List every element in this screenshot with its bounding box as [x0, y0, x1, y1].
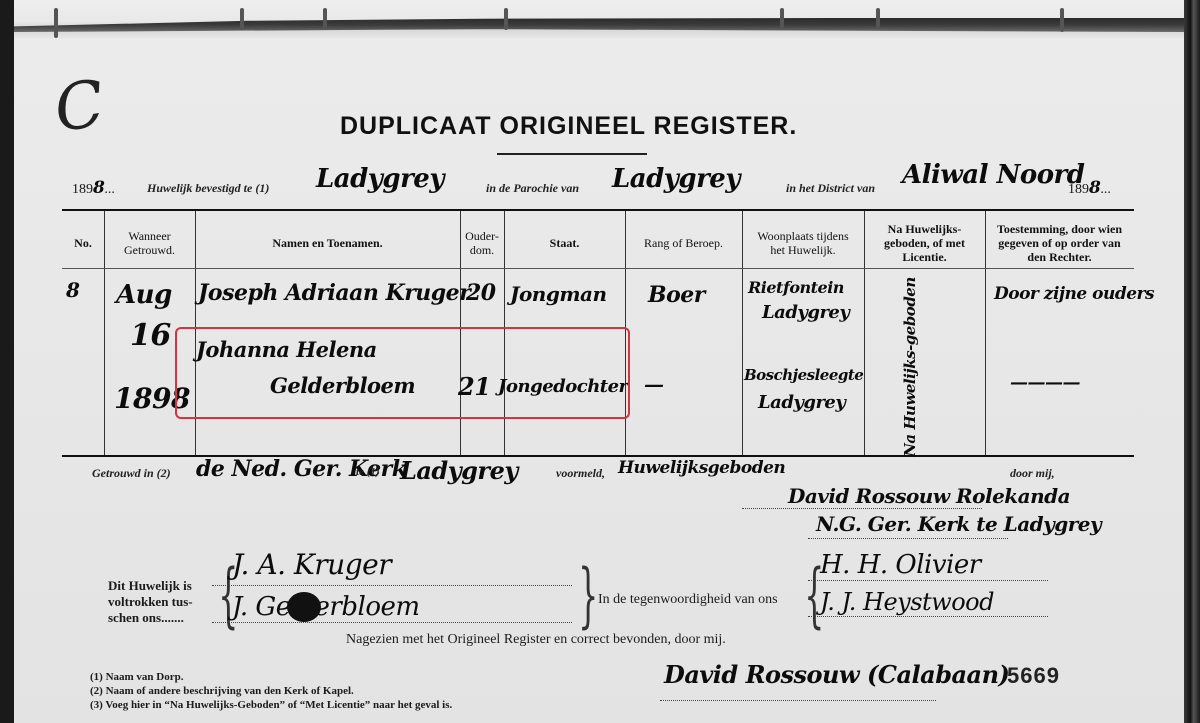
column-header-consent: Toestemming, door wien gegeven of op ord…	[985, 219, 1134, 267]
column-header-names: Namen en Toenamen.	[195, 219, 460, 267]
dotted-line	[742, 508, 982, 509]
label-married-in: Getrouwd in (2)	[92, 466, 171, 481]
groom-age: 20	[466, 280, 496, 306]
label-concluded-2: voltrokken tus-	[108, 594, 193, 610]
label-by-me: door mij,	[1010, 466, 1055, 481]
right-brace: {	[578, 560, 598, 630]
officiant-line1: David Rossouw Rolekanda	[788, 484, 1070, 508]
label-presence: In de tegenwoordigheid van ons	[598, 592, 778, 608]
label-confirmed-at: Huwelijk bevestigd te (1)	[147, 181, 269, 196]
register-table: No. Wanneer Getrouwd. Namen en Toenamen.…	[62, 209, 1134, 457]
bride-consent: ————	[1010, 372, 1080, 393]
column-header-occupation: Rang of Beroep.	[625, 219, 742, 267]
groom-residence-line2: Ladygrey	[762, 302, 849, 323]
column-header-residence: Woonplaats tijdens het Huwelijk.	[742, 219, 864, 267]
confirmed-at-value: Ladygrey	[316, 164, 444, 194]
groom-signature: J. A. Kruger	[232, 548, 391, 581]
bride-occupation: —	[644, 372, 664, 396]
label-concluded-3: schen ons.......	[108, 610, 184, 626]
groom-status: Jongman	[510, 282, 607, 306]
footnote-3: (3) Voeg hier in “Na Huwelijks-Geboden” …	[90, 699, 452, 711]
year-right: 1898...	[1068, 178, 1111, 198]
bride-name-line1: Johanna Helena	[196, 337, 377, 362]
stitch-mark	[876, 8, 880, 28]
stitch-mark	[240, 8, 244, 30]
bride-name-line2: Gelderbloem	[270, 373, 415, 398]
marriage-method: Huwelijksgeboden	[618, 458, 785, 478]
dotted-line	[212, 622, 572, 623]
groom-residence-line1: Rietfontein	[748, 278, 844, 297]
groom-occupation: Boer	[648, 282, 705, 308]
dotted-line	[212, 585, 572, 586]
stitch-mark	[780, 8, 784, 28]
label-te: te (1)	[356, 466, 380, 478]
entry-date-year: 1898	[114, 382, 190, 415]
stitch-mark	[504, 8, 508, 30]
label-district: in het District van	[786, 181, 875, 196]
bride-residence-line1: Boschjesleegte	[744, 366, 863, 384]
column-header-date: Wanneer Getrouwd.	[104, 219, 195, 267]
label-parish: in de Parochie van	[486, 181, 579, 196]
serial-number: 5669	[1007, 663, 1060, 689]
witness-2-signature: J. J. Heystwood	[820, 588, 994, 616]
dotted-line	[660, 700, 936, 701]
column-header-status: Staat.	[504, 219, 625, 267]
bride-age: 21	[458, 372, 490, 401]
corner-mark: C	[50, 67, 109, 147]
book-spine-edge	[1184, 0, 1200, 723]
label-checked: Nagezien met het Origineel Register en c…	[346, 632, 726, 648]
footnote-1: (1) Naam van Dorp.	[90, 671, 184, 683]
label-aforementioned: voormeld,	[556, 466, 605, 481]
dotted-line	[808, 538, 1008, 539]
bride-residence-line2: Ladygrey	[758, 392, 845, 413]
entry-date-month: Aug	[116, 280, 172, 310]
bride-signature: J. Gelderbloem	[232, 592, 420, 622]
stitch-mark	[1060, 8, 1064, 32]
entry-date-day: 16	[130, 318, 171, 353]
stitch-mark	[54, 8, 58, 38]
column-header-age: Ouder-dom.	[460, 219, 504, 267]
parish-value: Ladygrey	[612, 164, 740, 194]
married-in-place: Ladygrey	[400, 456, 518, 485]
witness-1-signature: H. H. Olivier	[820, 550, 981, 580]
banns-vertical-note: Na Huwelijks-geboden	[901, 247, 919, 487]
footnote-2: (2) Naam of andere beschrijving van den …	[90, 685, 354, 697]
column-header-banns-licence: Na Huwelijks-geboden, of met Licentie.	[864, 219, 985, 267]
wax-seal-blot	[287, 592, 321, 622]
year-left: 1898...	[72, 178, 115, 198]
bride-status: Jongedochter	[498, 376, 628, 397]
district-value: Aliwal Noord	[902, 160, 1084, 190]
checker-signature: David Rossouw (Calabaan)	[664, 660, 1009, 689]
label-concluded-1: Dit Huwelijk is	[108, 578, 192, 594]
page-title: DUPLICAAT ORIGINEEL REGISTER.	[340, 112, 860, 141]
dotted-line	[808, 580, 1048, 581]
groom-name: Joseph Adriaan Kruger	[198, 280, 470, 306]
title-underline	[497, 153, 647, 155]
officiant-line2: N.G. Ger. Kerk te Ladygrey	[816, 512, 1101, 536]
column-header-no: No.	[62, 219, 104, 267]
stitch-mark	[323, 8, 327, 30]
groom-consent: Door zijne ouders	[994, 284, 1154, 304]
header-row-divider	[62, 268, 1134, 269]
entry-number: 8	[66, 278, 79, 302]
dotted-line	[808, 616, 1048, 617]
